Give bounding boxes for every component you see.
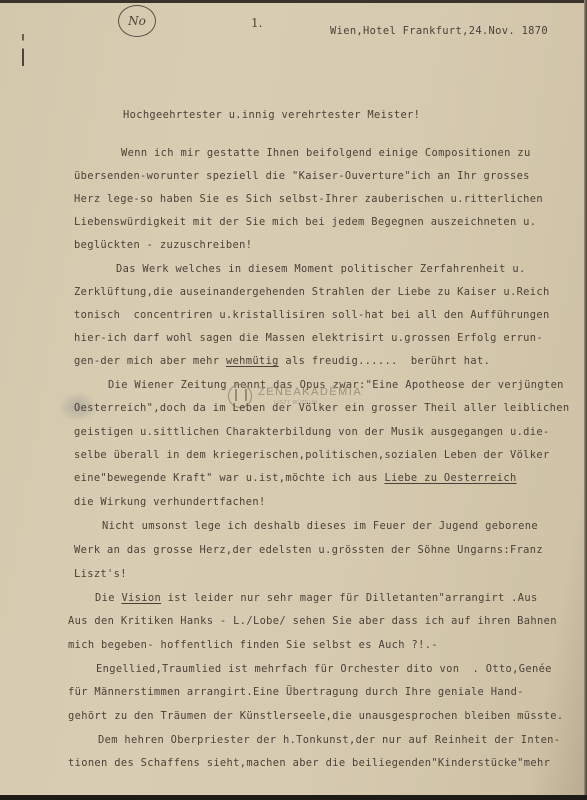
body-line: Liebenswürdigkeit mit der Sie mich bei j… (74, 216, 536, 228)
body-line: die Wirkung verhundertfachen! (74, 496, 266, 508)
body-line: mich begeben- hoffentlich finden Sie sel… (68, 639, 438, 651)
stamp-title: ZENEAKADÉMIA (258, 386, 362, 398)
salutation: Hochgeehrtester u.innig verehrtester Mei… (123, 109, 420, 121)
underlined-word: wehmütig (226, 355, 279, 367)
margin-pencil-mark (22, 34, 24, 66)
body-text: gen-der mich aber mehr (74, 355, 226, 367)
body-line: Zerklüftung,die auseinandergehenden Stra… (74, 286, 550, 298)
body-line: eine"bewegende Kraft" war u.ist,möchte i… (74, 472, 517, 484)
body-line: Liszt's! (74, 568, 127, 580)
underlined-word: Vision (121, 592, 161, 604)
body-line: Das Werk welches in diesem Moment politi… (116, 263, 526, 275)
body-line: für Männerstimmen arrangirt.Eine Übertra… (68, 686, 524, 698)
body-line: Engellied,Traumlied ist mehrfach für Orc… (96, 663, 552, 675)
body-text: als freudig...... berührt hat. (279, 355, 490, 367)
body-line: Werk an das grosse Herz,der edelsten u.g… (74, 544, 543, 556)
body-line: Nicht umsonst lege ich deshalb dieses im… (102, 520, 538, 532)
body-text: eine"bewegende Kraft" war u.ist,möchte i… (74, 472, 384, 484)
body-line: Aus den Kritiken Hanks - L./Lobe/ sehen … (68, 615, 557, 627)
body-line: Die Vision ist leider nur sehr mager für… (95, 592, 538, 604)
body-line: hier-ich darf wohl sagen die Massen elek… (74, 332, 543, 344)
scan-top-edge (0, 0, 587, 3)
body-text: ist leider nur sehr mager für Dilletante… (161, 592, 538, 604)
body-line: gen-der mich aber mehr wehmütig als freu… (74, 355, 490, 367)
body-line: selbe überall in dem kriegerischen,polit… (74, 449, 550, 461)
body-line: gehört zu den Träumen der Künstlerseele,… (68, 710, 563, 722)
page-number: 1. (251, 16, 262, 30)
scan-bottom-edge (0, 795, 587, 800)
body-line: beglückten - zuzuschreiben! (74, 239, 252, 251)
body-line: Dem hehren Oberpriester der h.Tonkunst,d… (98, 734, 560, 746)
body-line: tonisch concentriren u.kristallisiren so… (74, 309, 550, 321)
body-line: Herz lege-so haben Sie es Sich selbst-Ih… (74, 193, 543, 205)
underlined-phrase: Liebe zu Oesterreich (384, 472, 516, 484)
body-line: Oesterreich",doch da im Leben der Völker… (74, 402, 569, 414)
body-line: tionen des Schaffens sieht,machen aber d… (68, 757, 550, 769)
body-line: geistigen u.sittlichen Charakterbildung … (74, 426, 550, 438)
body-line: übersenden-worunter speziell die "Kaiser… (74, 170, 530, 182)
archive-number-mark: No (118, 5, 156, 37)
dateline: Wien,Hotel Frankfurt,24.Nov. 1870 (330, 25, 548, 37)
body-line: Wenn ich mir gestatte Ihnen beifolgend e… (121, 147, 531, 159)
letter-page: No 1. Wien,Hotel Frankfurt,24.Nov. 1870 … (0, 2, 585, 797)
body-text: Die (95, 592, 121, 604)
